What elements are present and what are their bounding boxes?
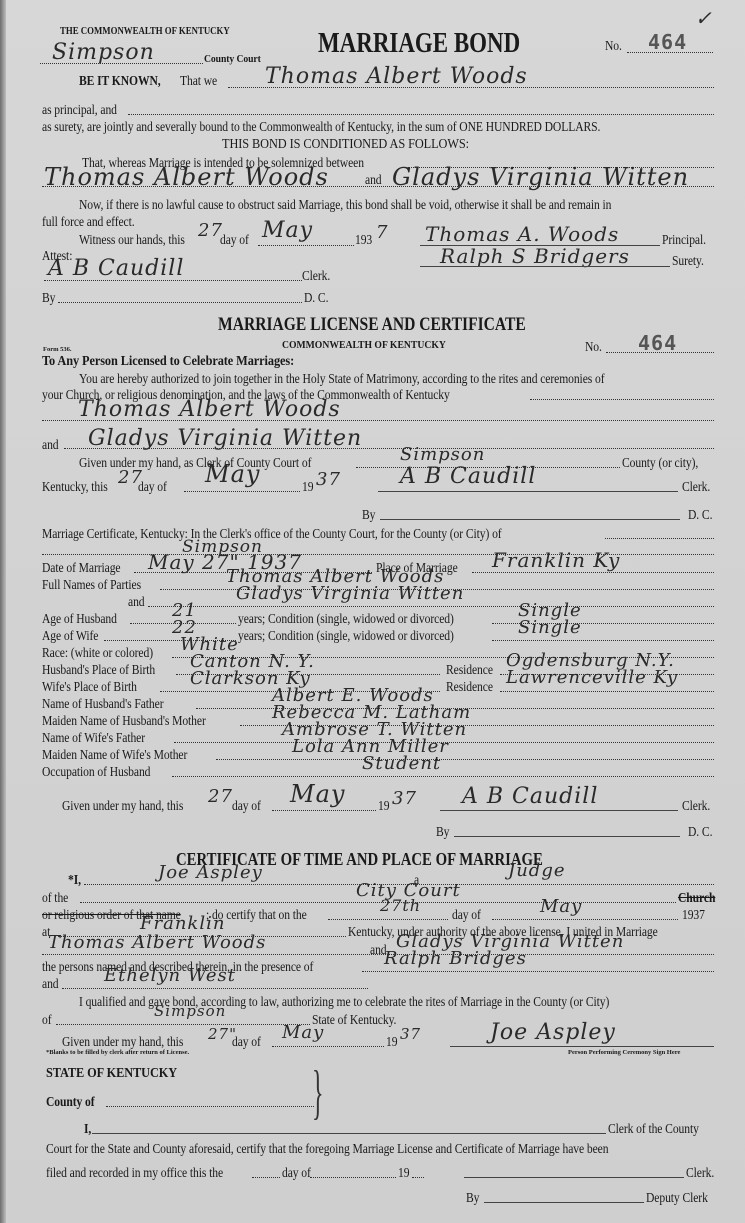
filed-year-line	[412, 1177, 424, 1178]
tp-day-of: day of	[452, 907, 481, 923]
bond-conditioned-heading: THIS BOND IS CONDITIONED AS FOLLOWS:	[222, 137, 469, 153]
bond-county-value: Simpson	[52, 40, 155, 65]
tp-given-day-of: day of	[232, 1034, 261, 1050]
witness-label: Witness our hands, this	[79, 232, 185, 248]
form-number: Form 536.	[43, 346, 72, 353]
full-force-text: full force and effect.	[42, 214, 135, 230]
bond-by-line	[58, 302, 302, 303]
filed-day-line	[252, 1177, 280, 1178]
parties-and-label: and	[128, 594, 145, 610]
blanks-note: *Blanks to be filled by clerk after retu…	[46, 1049, 189, 1056]
witness2-line	[62, 988, 368, 989]
court-certify-text: Court for the State and County aforesaid…	[46, 1141, 608, 1157]
bond-by-label: By	[42, 290, 55, 306]
bond-county-line	[40, 63, 203, 64]
occupation-label: Occupation of Husband	[42, 764, 150, 780]
tp-i-label: *I,	[68, 872, 81, 888]
place-of-marriage-value: Franklin Ky	[492, 548, 620, 572]
tp-county: Simpson	[154, 1002, 226, 1020]
principal-label: Principal.	[662, 232, 706, 248]
of-the-label: of the	[42, 890, 68, 906]
tp-groom: Thomas Albert Woods	[48, 932, 266, 953]
license-number: 464	[638, 331, 677, 355]
wife-father-label: Name of Wife's Father	[42, 730, 145, 746]
recording-state: STATE OF KENTUCKY	[46, 1066, 177, 1082]
wife-residence-label: Residence	[446, 679, 493, 695]
witness1-line	[362, 971, 714, 972]
filed-clerk-line	[464, 1177, 684, 1178]
age-husband-label: Age of Husband	[42, 611, 117, 627]
bond-dc-label: D. C.	[304, 290, 328, 306]
license-clerk-line	[378, 491, 678, 492]
husband-condition-label: years; Condition (single, widowed or div…	[238, 611, 454, 627]
certificate-intro: Marriage Certificate, Kentucky: In the C…	[42, 526, 502, 542]
principal-name: Thomas Albert Woods	[265, 64, 528, 89]
occupation-value: Student	[362, 753, 441, 774]
recording-clerk-name-line	[92, 1133, 606, 1134]
tp-year-prefix: 19	[386, 1034, 397, 1050]
wife-mother-label: Maiden Name of Wife's Mother	[42, 747, 187, 763]
tp-county-line	[56, 1024, 310, 1025]
church-struck: Church	[678, 890, 715, 906]
and-line	[148, 606, 714, 607]
license-by-line	[380, 519, 680, 520]
license-month-line	[184, 491, 300, 492]
filed-year-prefix: 19	[398, 1165, 409, 1181]
surety-signature: Ralph S Bridgers	[440, 244, 630, 268]
officiant-signature: Joe Aspley	[490, 1020, 616, 1045]
county-city-label: County (or city),	[622, 455, 698, 471]
license-by-label: By	[362, 507, 375, 523]
cert-month: May	[290, 780, 345, 808]
recording-county-of: County of	[46, 1094, 95, 1110]
bond-title: MARRIAGE BOND	[318, 28, 520, 60]
license-and-label: and	[42, 437, 59, 453]
witness1-name: Ralph Bridges	[384, 948, 527, 969]
filed-day-of: day of	[282, 1165, 311, 1181]
license-year-prefix: 19	[302, 479, 313, 495]
cert-year-prefix: 19	[378, 798, 389, 814]
full-names-label: Full Names of Parties	[42, 577, 141, 593]
tp-year-suffix: 37	[400, 1025, 421, 1043]
officiant-title: Judge	[508, 860, 566, 881]
check-mark-icon: ✓	[695, 6, 713, 30]
license-no-label: No.	[585, 339, 602, 355]
tp-month-line	[492, 919, 678, 920]
principal-signature: Thomas A. Woods	[425, 222, 619, 246]
license-dc-label: D. C.	[688, 507, 712, 523]
clerk-of-county-text: Clerk of the County	[608, 1121, 699, 1137]
race-label: Race: (white or colored)	[42, 645, 153, 661]
bond-county-label: County Court	[204, 53, 261, 65]
tp-day-line	[328, 919, 448, 920]
surety-label: Surety.	[672, 253, 704, 269]
cert-day-of: day of	[232, 798, 261, 814]
bond-header-state: THE COMMONWEALTH OF KENTUCKY	[60, 26, 230, 37]
parties-and-value: Gladys Virginia Witten	[236, 583, 464, 604]
wife-condition-line	[492, 640, 714, 641]
cert-clerk-label: Clerk.	[682, 798, 710, 814]
bride-line	[64, 448, 714, 449]
court-line	[80, 902, 676, 903]
tp-month: May	[540, 896, 582, 917]
recording-county-line	[106, 1106, 314, 1107]
be-it-known: BE IT KNOWN,	[79, 73, 161, 89]
bond-number: 464	[648, 30, 687, 54]
surety-name-line	[128, 114, 714, 115]
as-principal-label: as principal, and	[42, 102, 117, 118]
tp-day: 27th	[380, 896, 421, 915]
wife-residence-line	[500, 691, 714, 692]
authorized-text: You are hereby authorized to join togeth…	[79, 371, 604, 387]
recording-i-label: I,	[84, 1121, 91, 1137]
occupation-line	[172, 776, 714, 777]
license-clerk-signature: A B Caudill	[400, 464, 536, 489]
deputy-line	[484, 1202, 644, 1203]
deputy-clerk-label: Deputy Clerk	[646, 1190, 708, 1206]
bond-clerk-signature: A B Caudill	[48, 256, 184, 281]
state-of-kentucky-text: State of Kentucky.	[312, 1012, 396, 1028]
tp-given-month: May	[282, 1022, 324, 1043]
tp-year: 1937	[682, 907, 705, 923]
sign-here-note: Person Performing Ceremony Sign Here	[568, 1049, 680, 1056]
filed-clerk-label: Clerk.	[686, 1165, 714, 1181]
tp-given-month-line	[272, 1046, 384, 1047]
wife-birthplace-label: Wife's Place of Birth	[42, 679, 137, 695]
deputy-by-label: By	[466, 1190, 479, 1206]
bond-year-prefix: 193	[355, 232, 372, 248]
husband-residence-label: Residence	[446, 662, 493, 678]
tp-and-label-2: and	[42, 976, 59, 992]
kentucky-this: Kentucky, this	[42, 479, 108, 495]
bond-month-line	[258, 245, 354, 246]
given-clerk-text: Given under my hand, as Clerk of County …	[79, 455, 311, 471]
tp-place: Franklin	[140, 913, 225, 934]
husband-mother-label: Maiden Name of Husband's Mother	[42, 713, 206, 729]
officiant-sig-line	[450, 1046, 714, 1047]
husband-birthplace-label: Husband's Place of Birth	[42, 662, 155, 678]
cert-clerk-line	[440, 810, 678, 811]
cert-month-line	[272, 810, 376, 811]
bond-month: May	[262, 218, 313, 243]
license-day-of: day of	[138, 479, 167, 495]
wife-residence-value: Lawrenceville Ky	[506, 667, 678, 688]
tp-given-text: Given under my hand, this	[62, 1034, 183, 1050]
witness2-name: Ethelyn West	[104, 965, 236, 986]
now-if-text: Now, if there is no lawful cause to obst…	[79, 197, 611, 213]
filed-month-line	[310, 1177, 396, 1178]
tp-couple-line	[42, 954, 714, 955]
cert-by-line	[454, 836, 680, 837]
bond-day-of: day of	[220, 232, 249, 248]
church-line	[530, 399, 714, 400]
age-wife-label: Age of Wife	[42, 628, 98, 644]
parties-line	[42, 186, 714, 187]
cert-clerk-signature: A B Caudill	[462, 784, 598, 809]
wife-condition-label: years; Condition (single, widowed or div…	[238, 628, 454, 644]
wife-mother-line	[216, 759, 714, 760]
license-groom: Thomas Albert Woods	[78, 397, 341, 422]
tp-of-label: of	[42, 1012, 52, 1028]
cert-day: 27	[208, 786, 233, 807]
place-line	[472, 572, 714, 573]
license-subtitle: COMMONWEALTH OF KENTUCKY	[282, 339, 446, 351]
husband-father-label: Name of Husband's Father	[42, 696, 163, 712]
bond-no-label: No.	[605, 38, 622, 54]
license-county: Simpson	[400, 444, 485, 465]
to-any-person: To Any Person Licensed to Celebrate Marr…	[42, 354, 294, 370]
bond-year-suffix: 7	[376, 222, 388, 243]
wife-condition-value: Single	[518, 617, 582, 638]
cert-by-label: By	[436, 824, 449, 840]
officiant-name: Joe Aspley	[158, 862, 263, 883]
bond-clerk-label: Clerk.	[302, 268, 330, 284]
cert-given-text: Given under my hand, this	[62, 798, 183, 814]
that-we-label: That we	[180, 73, 217, 89]
cert-year-suffix: 37	[392, 788, 417, 809]
license-title: MARRIAGE LICENSE AND CERTIFICATE	[218, 314, 526, 336]
license-month: May	[205, 460, 260, 488]
cert-dc-label: D. C.	[688, 824, 712, 840]
cert-intro-line	[605, 538, 714, 539]
filed-text: filed and recorded in my office this the	[46, 1165, 223, 1181]
brace-icon: }	[312, 1058, 324, 1127]
surety-sig-line	[420, 266, 670, 267]
bond-clerk-line	[44, 280, 302, 281]
groom-line	[42, 420, 714, 421]
license-clerk-label: Clerk.	[682, 479, 710, 495]
marriage-record-page: THE COMMONWEALTH OF KENTUCKY MARRIAGE BO…	[0, 0, 745, 1223]
surety-clause: as surety, are jointly and severally bou…	[42, 119, 600, 135]
date-of-marriage-label: Date of Marriage	[42, 560, 120, 576]
license-year-suffix: 37	[316, 469, 341, 490]
